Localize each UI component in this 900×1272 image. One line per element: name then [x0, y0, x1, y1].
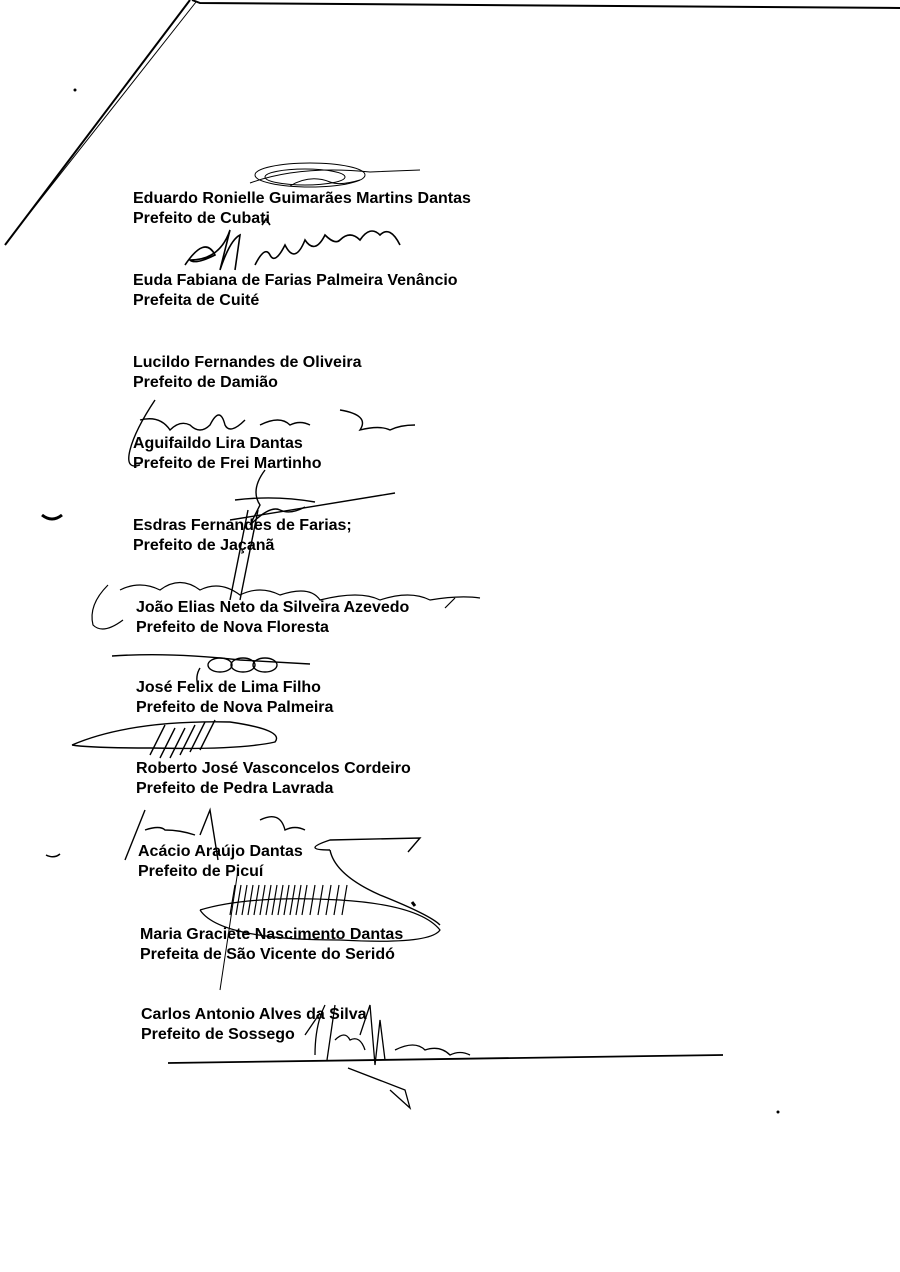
- signatory-block: Aguifaildo Lira Dantas Prefeito de Frei …: [133, 434, 321, 474]
- signatory-name: Euda Fabiana de Farias Palmeira Venâncio: [133, 271, 458, 291]
- signatory-title: Prefeito de Jaçanã: [133, 536, 352, 556]
- signatory-block: Lucildo Fernandes de Oliveira Prefeito d…: [133, 353, 362, 393]
- signatory-title: Prefeito de Pedra Lavrada: [136, 779, 411, 799]
- signatory-title: Prefeito de Nova Floresta: [136, 618, 409, 638]
- signatory-name: Carlos Antonio Alves da Silva: [141, 1005, 367, 1025]
- signatory-block: José Felix de Lima Filho Prefeito de Nov…: [136, 678, 333, 718]
- signatory-title: Prefeito de Sossego: [141, 1025, 367, 1045]
- signatory-name: Acácio Araújo Dantas: [138, 842, 303, 862]
- signatory-block: Esdras Fernandes de Farias; Prefeito de …: [133, 516, 352, 556]
- signatory-name: Roberto José Vasconcelos Cordeiro: [136, 759, 411, 779]
- signatory-block: Eduardo Ronielle Guimarães Martins Danta…: [133, 189, 471, 229]
- signatory-title: Prefeita de Cuité: [133, 291, 458, 311]
- signatory-title: Prefeito de Nova Palmeira: [136, 698, 333, 718]
- signatory-name: Maria Graciete Nascimento Dantas: [140, 925, 403, 945]
- signatory-title: Prefeito de Damião: [133, 373, 362, 393]
- signatory-name: Eduardo Ronielle Guimarães Martins Danta…: [133, 189, 471, 209]
- signatory-name: José Felix de Lima Filho: [136, 678, 333, 698]
- signatory-block: Euda Fabiana de Farias Palmeira Venâncio…: [133, 271, 458, 311]
- signatory-name: João Elias Neto da Silveira Azevedo: [136, 598, 409, 618]
- signatory-block: Carlos Antonio Alves da Silva Prefeito d…: [141, 1005, 367, 1045]
- signatory-title: Prefeito de Picuí: [138, 862, 303, 882]
- signatory-block: Acácio Araújo Dantas Prefeito de Picuí: [138, 842, 303, 882]
- signatory-title: Prefeita de São Vicente do Seridó: [140, 945, 403, 965]
- signatory-block: João Elias Neto da Silveira Azevedo Pref…: [136, 598, 409, 638]
- scanned-document-page: Eduardo Ronielle Guimarães Martins Danta…: [0, 0, 900, 1272]
- signatory-name: Esdras Fernandes de Farias;: [133, 516, 352, 536]
- signatory-name: Lucildo Fernandes de Oliveira: [133, 353, 362, 373]
- signatory-title: Prefeito de Cubati: [133, 209, 471, 229]
- signatory-block: Maria Graciete Nascimento Dantas Prefeit…: [140, 925, 403, 965]
- signature-eduardo: [250, 163, 420, 187]
- signatory-name: Aguifaildo Lira Dantas: [133, 434, 321, 454]
- signature-roberto: [72, 720, 277, 758]
- signatory-block: Roberto José Vasconcelos Cordeiro Prefei…: [136, 759, 411, 799]
- signatory-title: Prefeito de Frei Martinho: [133, 454, 321, 474]
